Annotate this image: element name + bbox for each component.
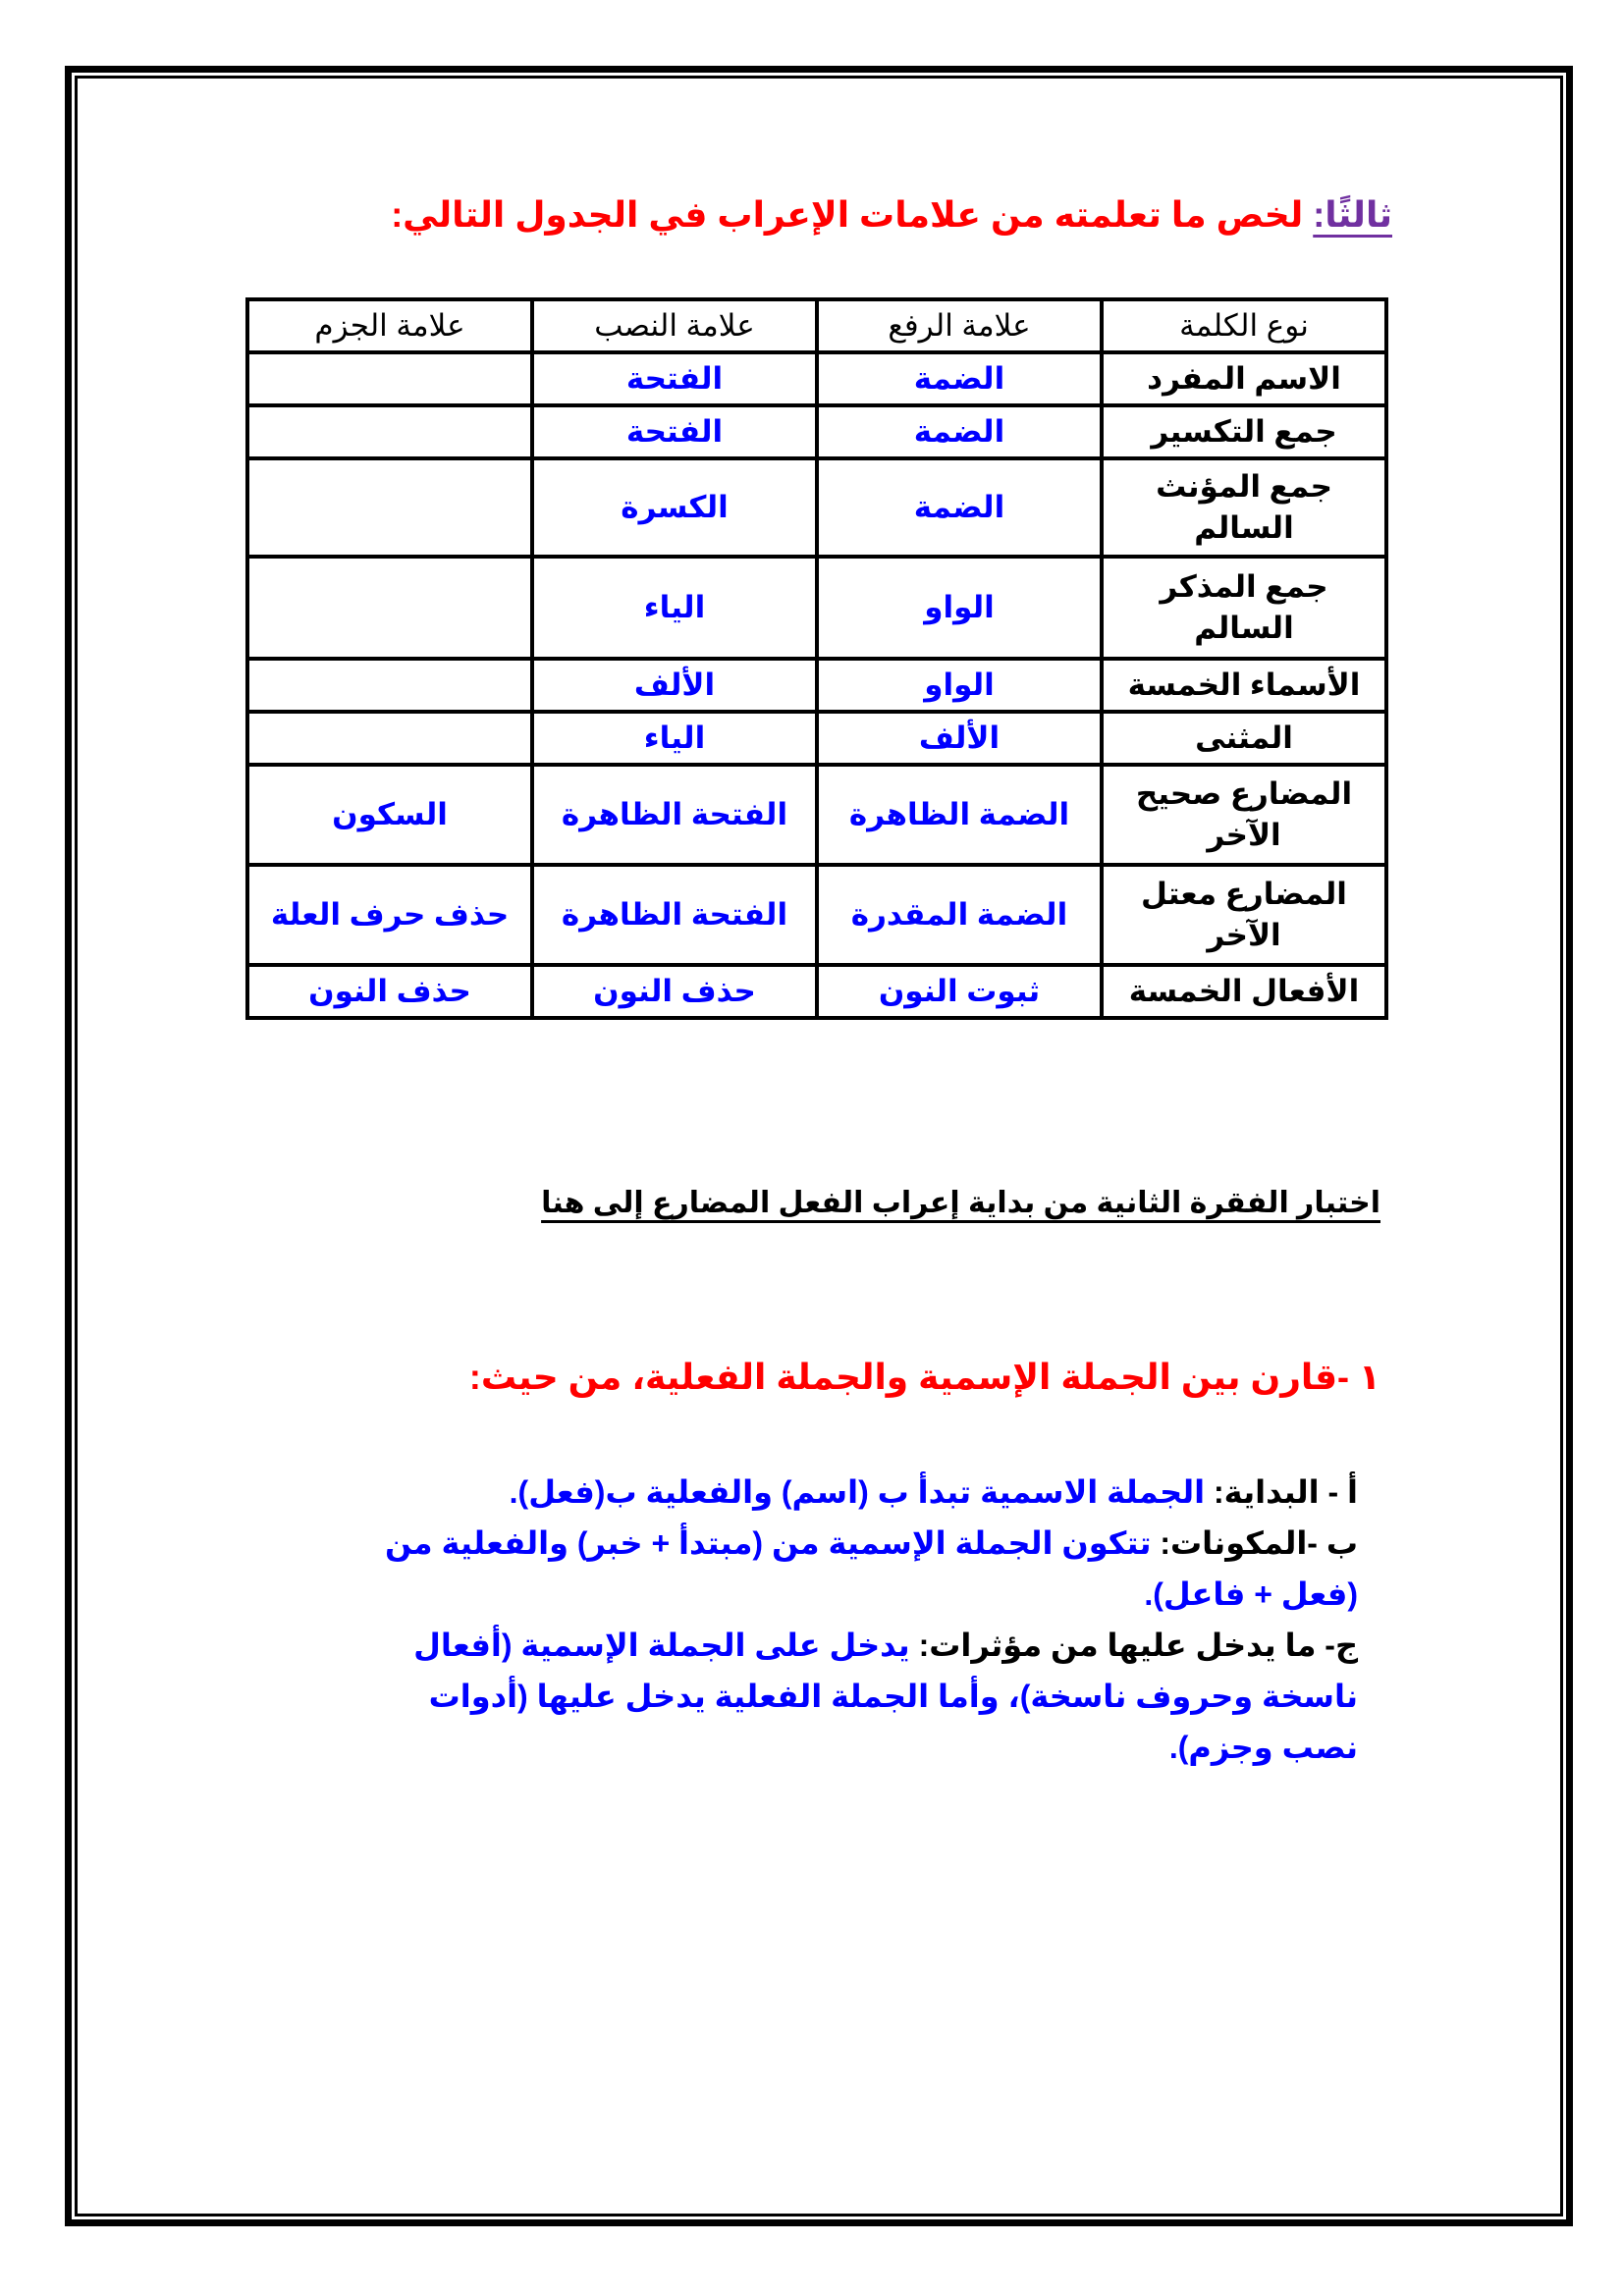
- answer-label: أ - البداية:: [1205, 1474, 1358, 1510]
- cell-word: جمع التكسير: [1102, 405, 1386, 458]
- table-row: الأسماء الخمسة الواو الألف: [247, 659, 1386, 712]
- question-1: ١ -قارن بين الجملة الإسمية والجملة الفعل…: [469, 1357, 1380, 1398]
- table-header-row: نوع الكلمة علامة الرفع علامة النصب علامة…: [247, 299, 1386, 352]
- cell-nasb: الفتحة: [532, 405, 817, 458]
- cell-jazm: [247, 659, 532, 712]
- cell-raf: الألف: [817, 712, 1102, 765]
- cell-raf: الضمة: [817, 458, 1102, 557]
- cell-word: جمع المؤنث السالم: [1102, 458, 1386, 557]
- cell-raf: الضمة: [817, 405, 1102, 458]
- cell-nasb: حذف النون: [532, 965, 817, 1018]
- table-row: الأفعال الخمسة ثبوت النون حذف النون حذف …: [247, 965, 1386, 1018]
- section-heading: ثالثًا: لخص ما تعلمته من علامات الإعراب …: [391, 192, 1392, 239]
- header-raf-mark: علامة الرفع: [817, 299, 1102, 352]
- inflection-marks-table: نوع الكلمة علامة الرفع علامة النصب علامة…: [245, 297, 1388, 1020]
- cell-word: المثنى: [1102, 712, 1386, 765]
- cell-jazm: [247, 458, 532, 557]
- answer-item-a: أ - البداية: الجملة الاسمية تبدأ ب (اسم)…: [347, 1467, 1358, 1518]
- answer-text: الجملة الاسمية تبدأ ب (اسم) والفعلية ب(ف…: [510, 1474, 1205, 1510]
- table-row: جمع التكسير الضمة الفتحة: [247, 405, 1386, 458]
- header-nasb-mark: علامة النصب: [532, 299, 817, 352]
- quiz-heading: اختبار الفقرة الثانية من بداية إعراب الف…: [541, 1186, 1380, 1220]
- cell-word: المضارع معتل الآخر: [1102, 865, 1386, 965]
- cell-raf: الضمة المقدرة: [817, 865, 1102, 965]
- table-row: المضارع معتل الآخر الضمة المقدرة الفتحة …: [247, 865, 1386, 965]
- table-row: جمع المذكر السالم الواو الياء: [247, 557, 1386, 659]
- cell-raf: الواو: [817, 659, 1102, 712]
- table-row: الاسم المفرد الضمة الفتحة: [247, 352, 1386, 405]
- cell-jazm: [247, 712, 532, 765]
- table-row: المضارع صحيح الآخر الضمة الظاهرة الفتحة …: [247, 765, 1386, 865]
- cell-nasb: الياء: [532, 712, 817, 765]
- cell-jazm: حذف النون: [247, 965, 532, 1018]
- cell-jazm: [247, 557, 532, 659]
- cell-word: المضارع صحيح الآخر: [1102, 765, 1386, 865]
- answers-list: أ - البداية: الجملة الاسمية تبدأ ب (اسم)…: [347, 1467, 1358, 1773]
- cell-raf: الضمة الظاهرة: [817, 765, 1102, 865]
- answer-label: ج- ما يدخل عليها من مؤثرات:: [910, 1628, 1358, 1663]
- cell-jazm: السكون: [247, 765, 532, 865]
- cell-raf: ثبوت النون: [817, 965, 1102, 1018]
- section-heading-text: لخص ما تعلمته من علامات الإعراب في الجدو…: [391, 194, 1313, 235]
- cell-nasb: الألف: [532, 659, 817, 712]
- cell-nasb: الكسرة: [532, 458, 817, 557]
- table-row: جمع المؤنث السالم الضمة الكسرة: [247, 458, 1386, 557]
- cell-nasb: الفتحة الظاهرة: [532, 765, 817, 865]
- cell-word: الأسماء الخمسة: [1102, 659, 1386, 712]
- section-heading-label: ثالثًا:: [1313, 194, 1392, 235]
- cell-raf: الواو: [817, 557, 1102, 659]
- cell-jazm: [247, 352, 532, 405]
- answer-item-b: ب -المكونات: تتكون الجملة الإسمية من (مب…: [347, 1518, 1358, 1620]
- answer-item-c: ج- ما يدخل عليها من مؤثرات: يدخل على الج…: [347, 1620, 1358, 1773]
- cell-word: الاسم المفرد: [1102, 352, 1386, 405]
- cell-word: الأفعال الخمسة: [1102, 965, 1386, 1018]
- header-word-type: نوع الكلمة: [1102, 299, 1386, 352]
- header-jazm-mark: علامة الجزم: [247, 299, 532, 352]
- cell-raf: الضمة: [817, 352, 1102, 405]
- cell-nasb: الفتحة: [532, 352, 817, 405]
- table-row: المثنى الألف الياء: [247, 712, 1386, 765]
- cell-jazm: [247, 405, 532, 458]
- cell-word: جمع المذكر السالم: [1102, 557, 1386, 659]
- cell-jazm: حذف حرف العلة: [247, 865, 532, 965]
- cell-nasb: الياء: [532, 557, 817, 659]
- cell-nasb: الفتحة الظاهرة: [532, 865, 817, 965]
- answer-label: ب -المكونات:: [1151, 1525, 1358, 1561]
